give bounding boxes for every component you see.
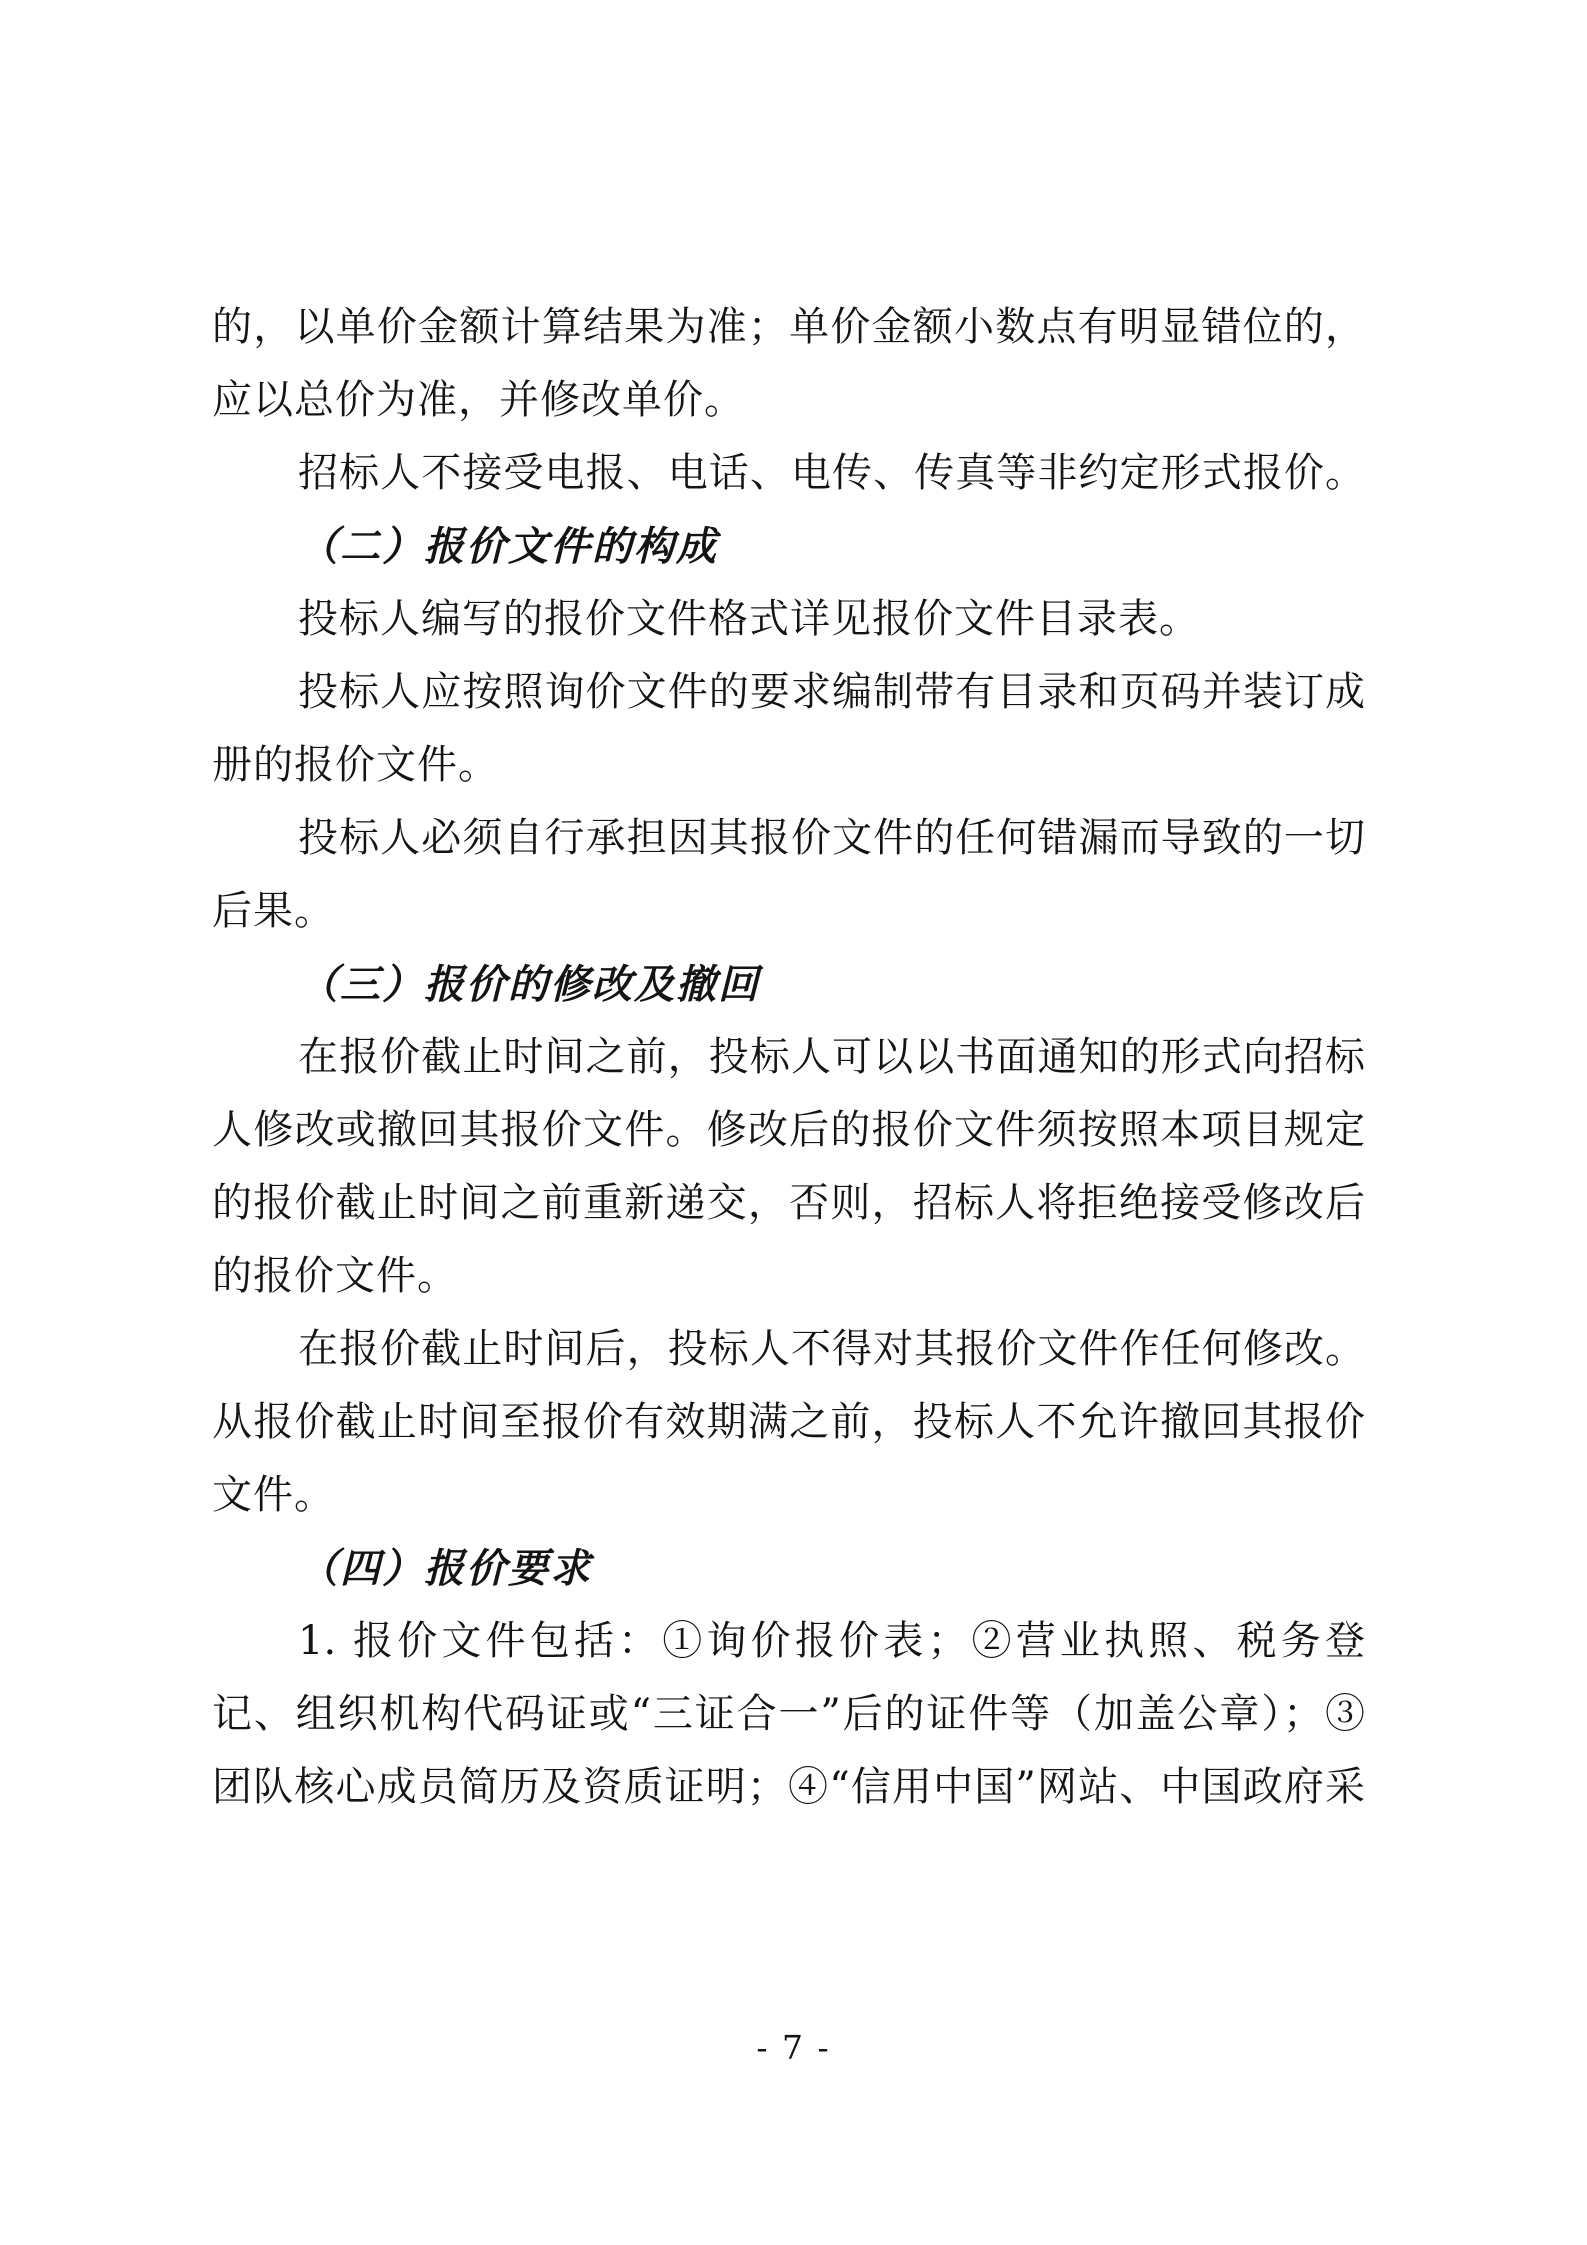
document-body: 的，以单价金额计算结果为准；单价金额小数点有明显错位的， 应以总价为准，并修改单…: [212, 291, 1365, 1824]
text-line: 团队核心成员简历及资质证明；④“信用中国”网站、中国政府采: [212, 1751, 1365, 1824]
text-line: 的报价截止时间之前重新递交，否则，招标人将拒绝接受修改后: [212, 1167, 1365, 1240]
text-line: 投标人必须自行承担因其报价文件的任何错漏而导致的一切: [212, 802, 1365, 875]
text-line: 投标人编写的报价文件格式详见报价文件目录表。: [212, 583, 1365, 656]
page-number: - 7 -: [0, 2028, 1587, 2067]
text-line: 人修改或撤回其报价文件。修改后的报价文件须按照本项目规定: [212, 1094, 1365, 1167]
text-line: 从报价截止时间至报价有效期满之前，投标人不允许撤回其报价: [212, 1386, 1365, 1459]
text-line: 1. 报价文件包括：①询价报价表；②营业执照、税务登: [212, 1605, 1365, 1678]
section-heading: （四）报价要求: [212, 1532, 1365, 1605]
text-line: 招标人不接受电报、电话、电传、传真等非约定形式报价。: [212, 437, 1365, 510]
document-page: 的，以单价金额计算结果为准；单价金额小数点有明显错位的， 应以总价为准，并修改单…: [0, 0, 1587, 2245]
text-line: 文件。: [212, 1459, 1365, 1532]
text-line: 在报价截止时间后，投标人不得对其报价文件作任何修改。: [212, 1313, 1365, 1386]
text-line: 应以总价为准，并修改单价。: [212, 364, 1365, 437]
section-heading: （二）报价文件的构成: [212, 510, 1365, 583]
text-line: 记、组织机构代码证或“三证合一”后的证件等（加盖公章）；③: [212, 1678, 1365, 1751]
section-heading: （三）报价的修改及撤回: [212, 948, 1365, 1021]
text-line: 的，以单价金额计算结果为准；单价金额小数点有明显错位的，: [212, 291, 1365, 364]
text-line: 的报价文件。: [212, 1240, 1365, 1313]
text-line: 册的报价文件。: [212, 729, 1365, 802]
text-line: 投标人应按照询价文件的要求编制带有目录和页码并装订成: [212, 656, 1365, 729]
text-line: 后果。: [212, 875, 1365, 948]
text-line: 在报价截止时间之前，投标人可以以书面通知的形式向招标: [212, 1021, 1365, 1094]
